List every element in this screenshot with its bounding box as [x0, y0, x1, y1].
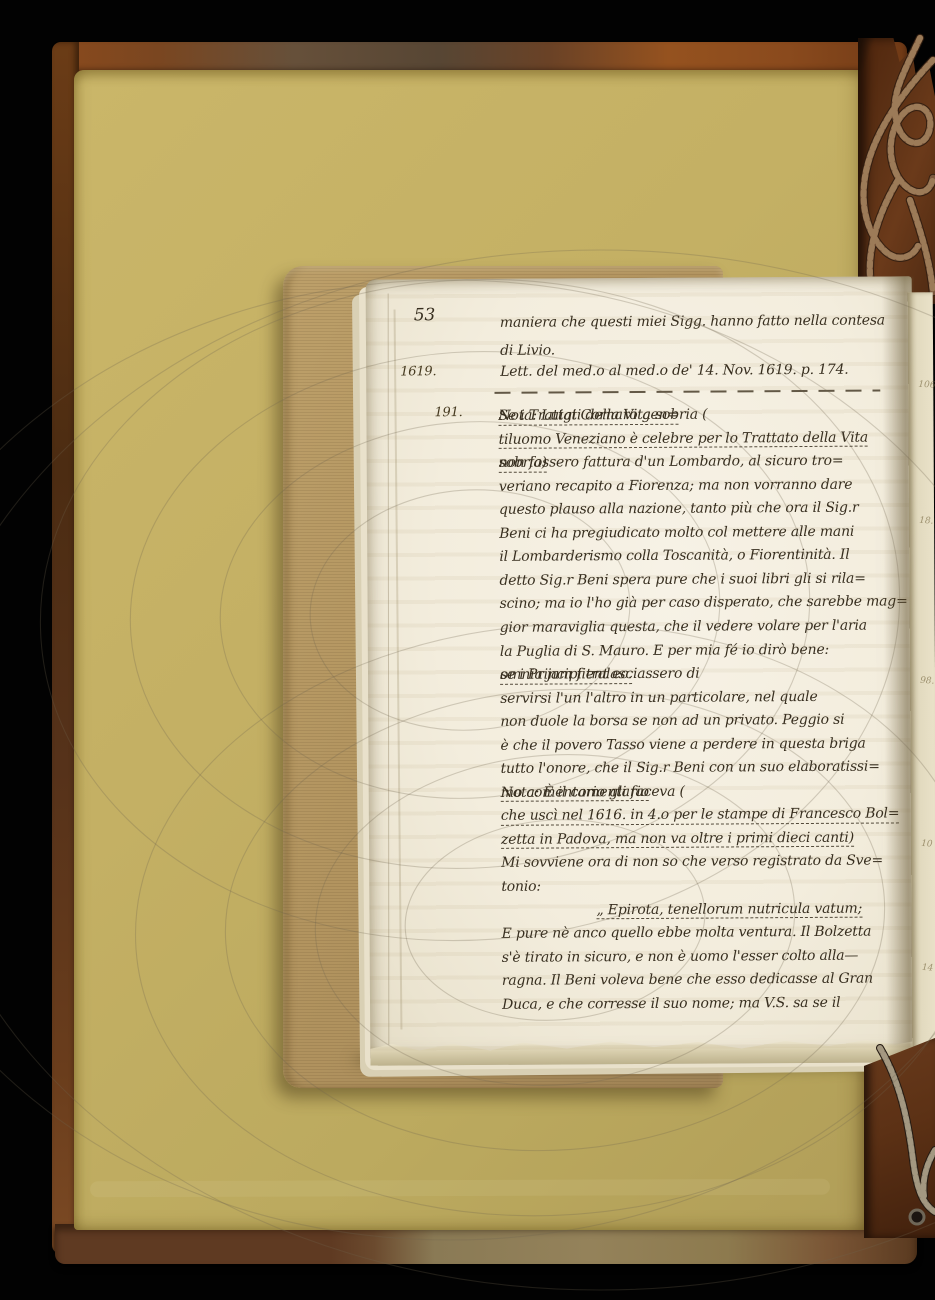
- facing-page-mark: 98.: [920, 676, 935, 687]
- facing-page-mark: 10: [921, 839, 933, 850]
- page-stack: 53 maniera che questi miei Sigg. hanno f…: [0, 0, 935, 1300]
- facing-page-sliver: 10618.98.1014: [908, 292, 935, 1062]
- body-lines: Se i Trattati della Vita sobria (Nota: L…: [366, 276, 917, 1065]
- manuscript-text: 53 maniera che questi miei Sigg. hanno f…: [366, 276, 917, 1065]
- photo-stage: 53 maniera che questi miei Sigg. hanno f…: [0, 0, 935, 1300]
- facing-page-mark: 106: [918, 380, 935, 391]
- leather-flap-bottom-right: [864, 1038, 935, 1238]
- facing-page-mark: 18.: [919, 516, 934, 527]
- facing-page-mark: 14: [922, 963, 934, 974]
